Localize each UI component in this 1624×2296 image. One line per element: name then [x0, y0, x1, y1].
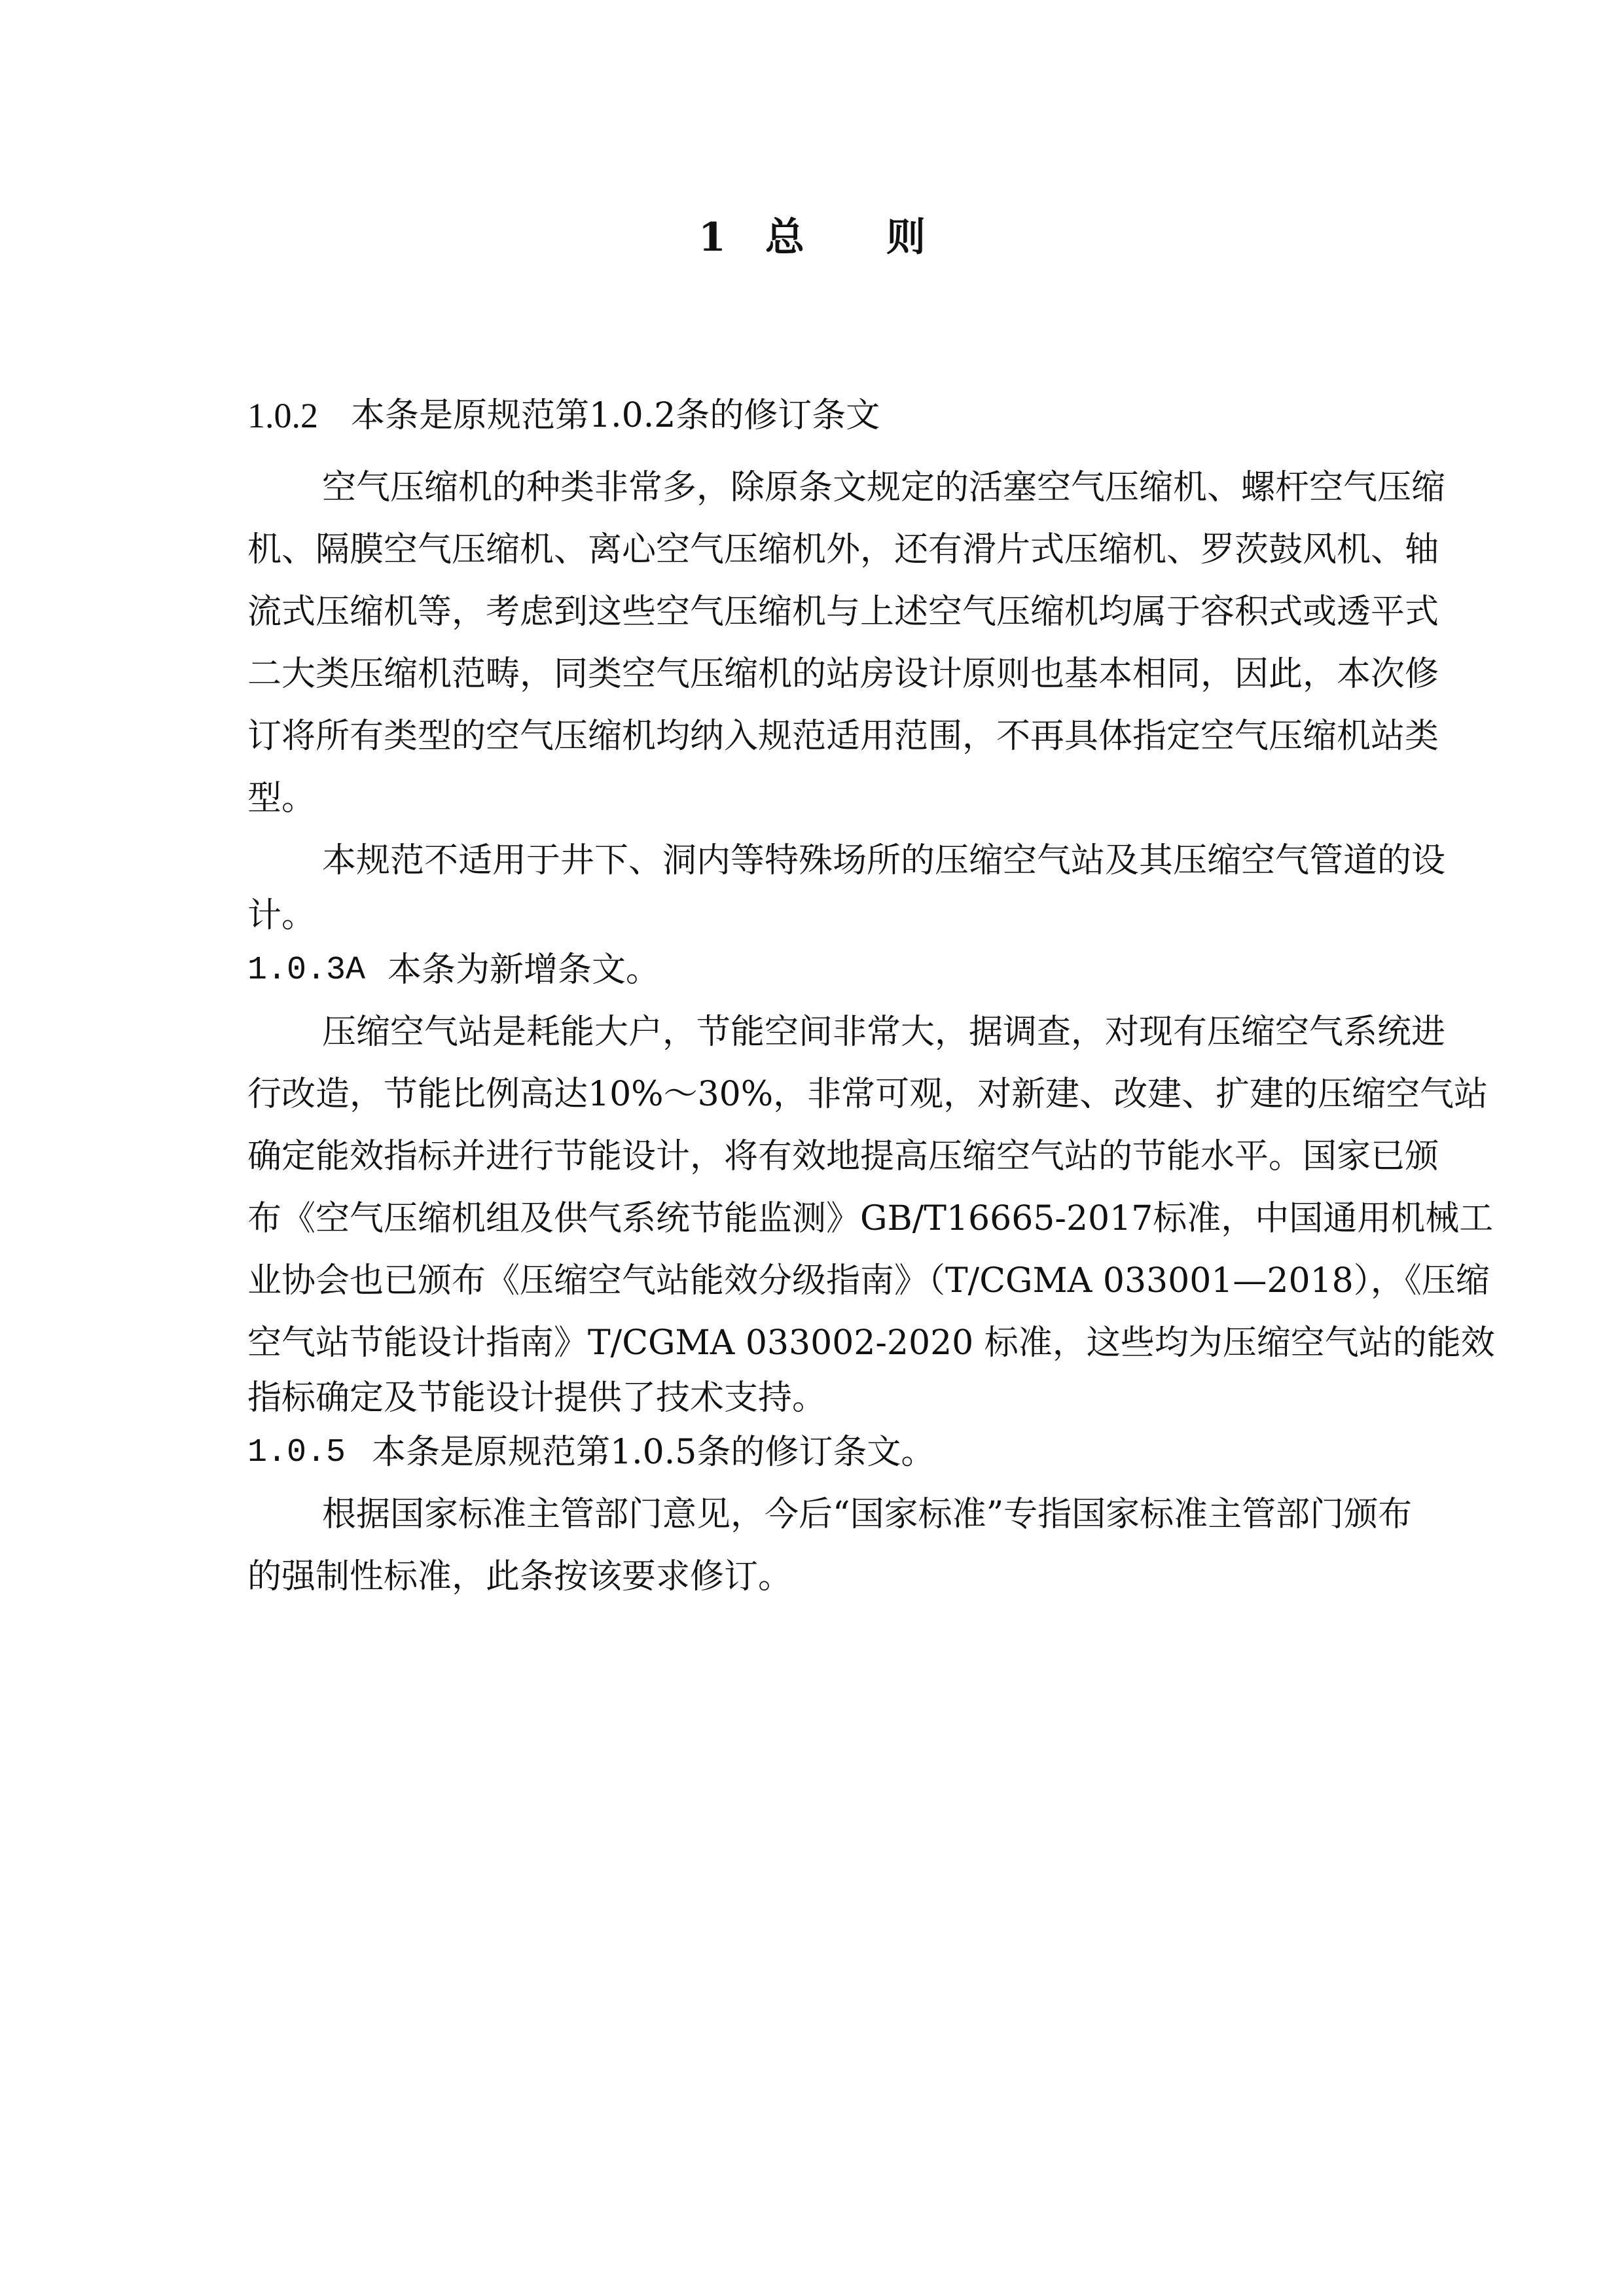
paragraph-line: 布《空气压缩机组及供气系统节能监测》GB/T16665-2017标准，中国通用机… — [247, 1188, 1377, 1250]
paragraph-line: 型。 — [247, 768, 1377, 830]
clause-heading-1-0-5: 1.0.5 本条是原规范第1.0.5条的修订条文。 — [247, 1422, 1377, 1484]
chapter-number: 1 — [698, 208, 726, 267]
paragraph-line: 二大类压缩机范畴，同类空气压缩机的站房设计原则也基本相同，因此，本次修 — [247, 643, 1377, 706]
paragraph-line: 订将所有类型的空气压缩机均纳入规范适用范围，不再具体指定空气压缩机站类 — [247, 706, 1377, 768]
clause-description: 本条为新增条文。 — [388, 939, 660, 1001]
paragraph-line: 业协会也已颁布《压缩空气站能效分级指南》（T/CGMA 033001—2018）… — [247, 1250, 1377, 1312]
clause-number: 1.0.2 — [247, 385, 318, 447]
paragraph-line: 确定能效指标并进行节能设计，将有效地提高压缩空气站的节能水平。国家已颁 — [247, 1126, 1377, 1188]
paragraph-line: 指标确定及节能设计提供了技术支持。 — [247, 1374, 1377, 1422]
chapter-title: 1总则 — [0, 208, 1624, 267]
paragraph-line: 行改造，节能比例高达10%～30%，非常可观，对新建、改建、扩建的压缩空气站 — [247, 1064, 1377, 1126]
paragraph-line: 机、隔膜空气压缩机、离心空气压缩机外，还有滑片式压缩机、罗茨鼓风机、轴 — [247, 519, 1377, 581]
paragraph-line: 空气站节能设计指南》T/CGMA 033002-2020 标准，这些均为压缩空气… — [247, 1312, 1377, 1374]
paragraph-line: 本规范不适用于井下、洞内等特殊场所的压缩空气站及其压缩空气管道的设 — [247, 830, 1377, 892]
clause-number: 1.0.3A — [247, 939, 365, 1001]
clause-description: 本条是原规范第1.0.5条的修订条文。 — [372, 1422, 935, 1484]
document-body: 1.0.2 本条是原规范第1.0.2条的修订条文 空气压缩机的种类非常多，除原条… — [247, 385, 1377, 1608]
paragraph-line: 根据国家标准主管部门意见，今后“国家标准”专指国家标准主管部门颁布 — [247, 1484, 1377, 1546]
paragraph-line: 计。 — [247, 892, 1377, 939]
chapter-title-char-2: 则 — [886, 208, 926, 267]
paragraph-line: 空气压缩机的种类非常多，除原条文规定的活塞空气压缩机、螺杆空气压缩 — [247, 457, 1377, 519]
document-page: 1总则 1.0.2 本条是原规范第1.0.2条的修订条文 空气压缩机的种类非常多… — [0, 0, 1624, 2296]
clause-description: 本条是原规范第1.0.2条的修订条文 — [351, 385, 880, 447]
paragraph-line: 的强制性标准，此条按该要求修订。 — [247, 1546, 1377, 1608]
chapter-title-char-1: 总 — [765, 208, 804, 267]
clause-number: 1.0.5 — [247, 1422, 346, 1484]
paragraph-line: 流式压缩机等，考虑到这些空气压缩机与上述空气压缩机均属于容积式或透平式 — [247, 581, 1377, 643]
paragraph-line: 压缩空气站是耗能大户，节能空间非常大，据调查，对现有压缩空气系统进 — [247, 1001, 1377, 1064]
clause-heading-1-0-3a: 1.0.3A 本条为新增条文。 — [247, 939, 1377, 1001]
clause-heading-1-0-2: 1.0.2 本条是原规范第1.0.2条的修订条文 — [247, 385, 1377, 447]
